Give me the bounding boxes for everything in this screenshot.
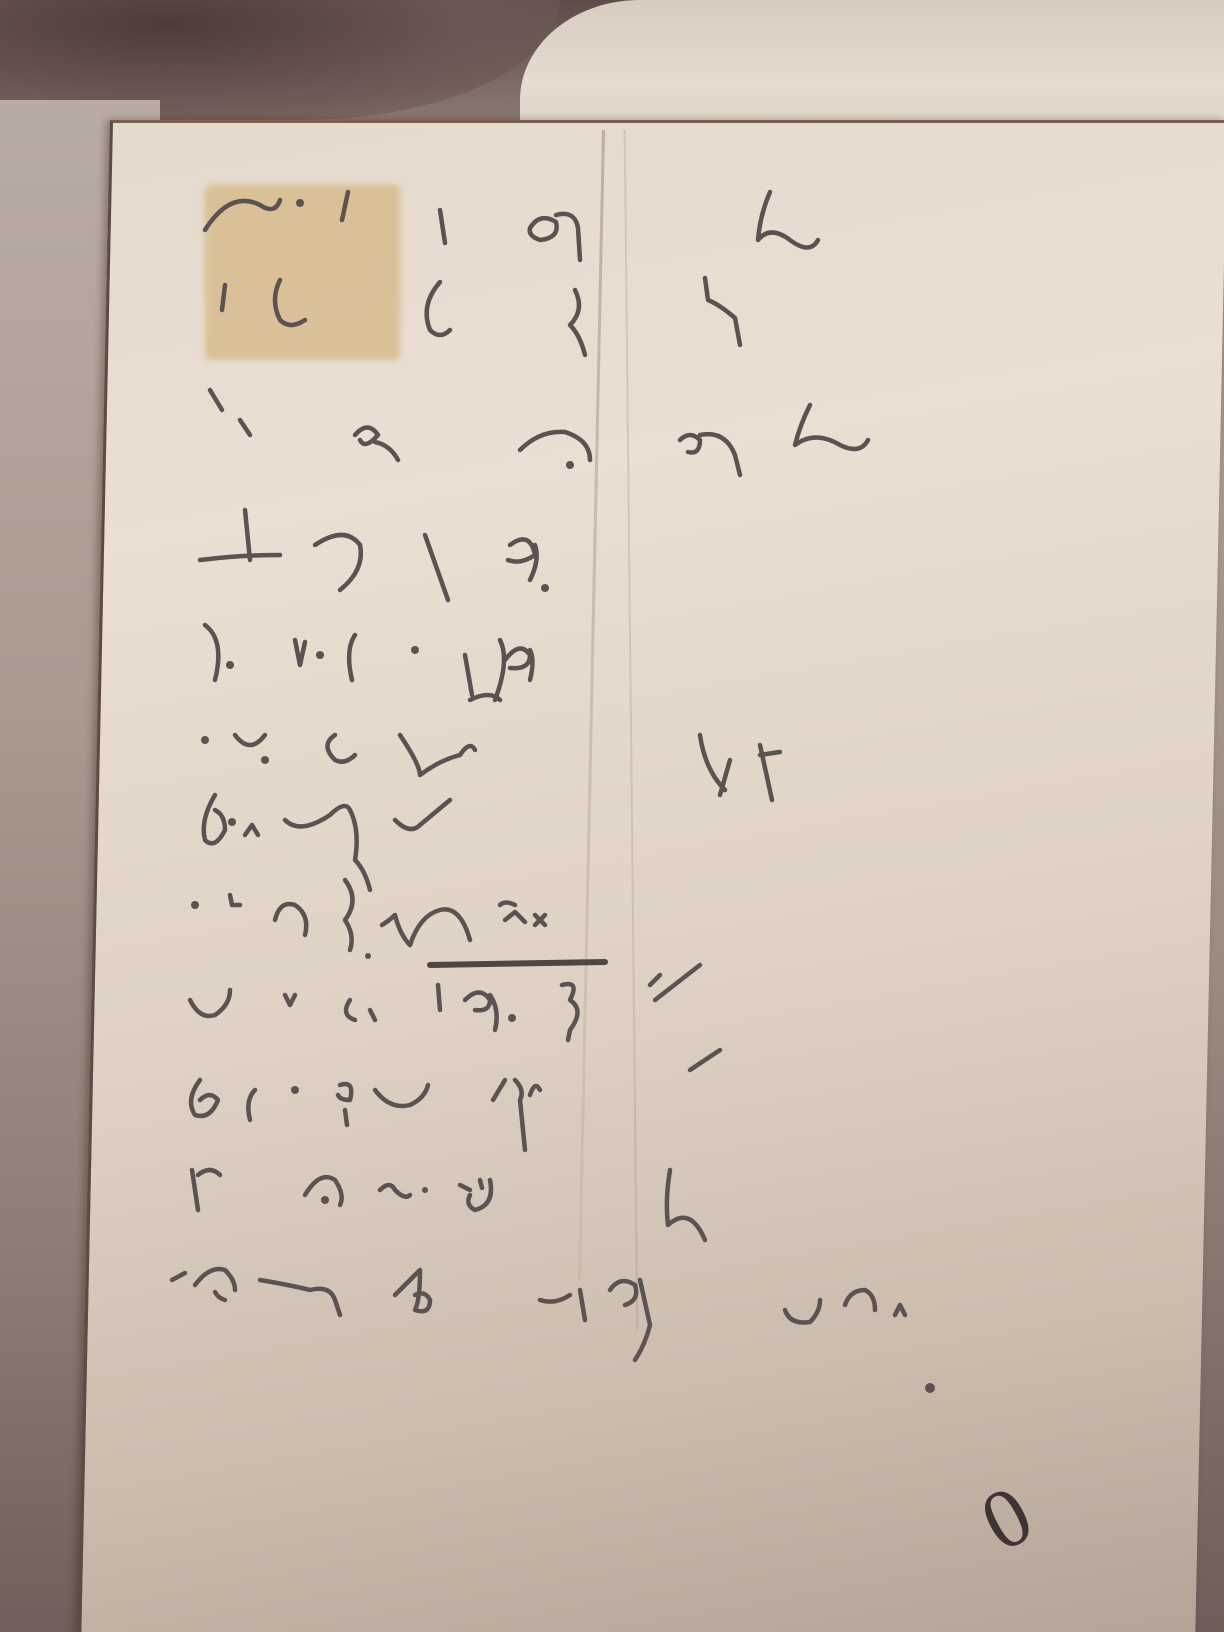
shorthand-line-3 bbox=[210, 390, 868, 475]
shorthand-line-2 bbox=[222, 278, 740, 355]
shorthand-line-4 bbox=[200, 510, 549, 600]
shorthand-line-9 bbox=[190, 962, 720, 1070]
shorthand-line-5 bbox=[205, 625, 533, 700]
ink-speck bbox=[925, 1383, 935, 1393]
shorthand-line-8 bbox=[191, 880, 545, 959]
shorthand-writing bbox=[0, 0, 1224, 1632]
shorthand-line-11 bbox=[192, 1170, 705, 1240]
shorthand-line-6 bbox=[201, 735, 780, 800]
shorthand-line-12 bbox=[172, 1269, 905, 1360]
shorthand-line-10 bbox=[191, 1080, 540, 1150]
shorthand-line-7 bbox=[204, 795, 450, 890]
shorthand-line-1 bbox=[205, 192, 818, 260]
